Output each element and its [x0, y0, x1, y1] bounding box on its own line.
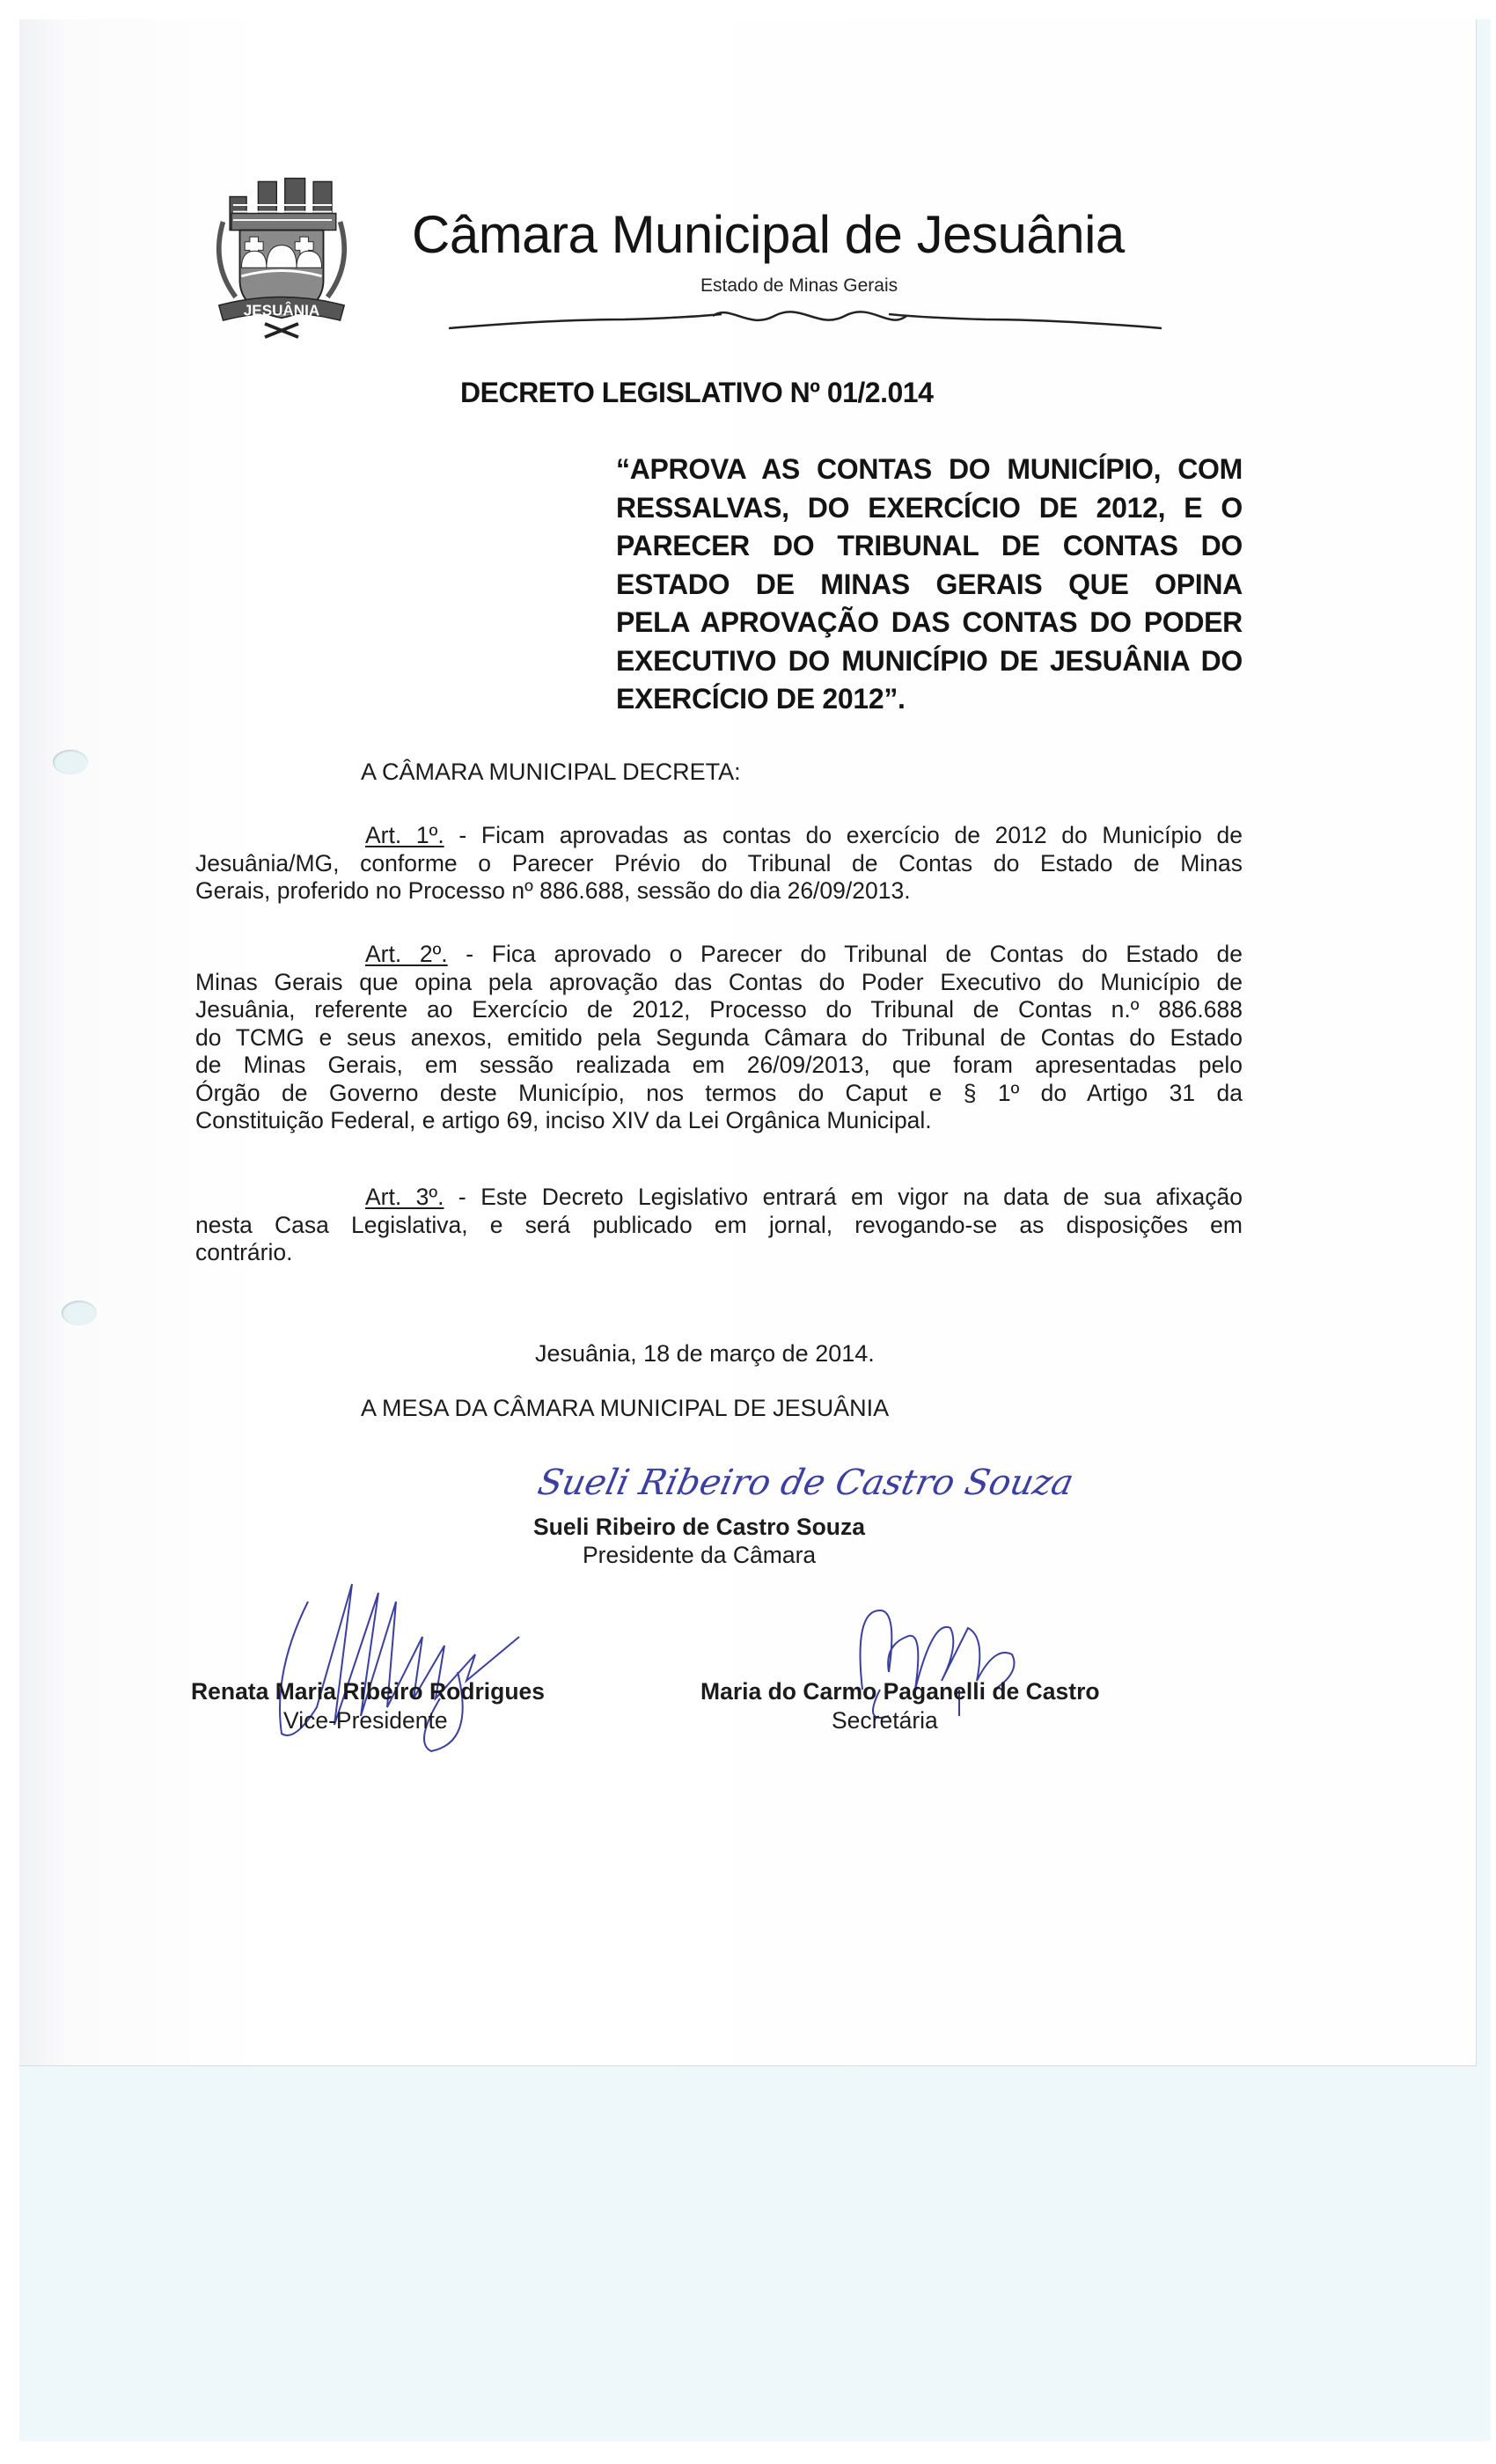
- summary-line: “APROVA AS CONTAS DO MUNICÍPIO, COM: [616, 451, 1243, 489]
- article-label: Art. 2º.: [365, 941, 448, 967]
- preamble: A CÂMARA MUNICIPAL DECRETA:: [361, 759, 741, 786]
- summary-line: EXERCÍCIO DE 2012”.: [616, 680, 1243, 719]
- decree-summary: “APROVA AS CONTAS DO MUNICÍPIO, COM RESS…: [616, 451, 1243, 719]
- signatory-name: Maria do Carmo Paganelli de Castro: [700, 1678, 1100, 1705]
- article-text: - Fica aprovado o Parecer do Tribunal de…: [448, 941, 1243, 967]
- summary-line: PELA APROVAÇÃO DAS CONTAS DO PODER: [616, 604, 1243, 642]
- svg-text:JESUÂNIA: JESUÂNIA: [244, 302, 319, 319]
- article-text: do TCMG e seus anexos, emitido pela Segu…: [195, 1024, 1243, 1052]
- summary-line: PARECER DO TRIBUNAL DE CONTAS DO: [616, 527, 1243, 566]
- article-text: de Minas Gerais, em sessão realizada em …: [195, 1052, 1243, 1080]
- article-text: Minas Gerais que opina pela aprovação da…: [195, 969, 1243, 997]
- mesa-heading: A MESA DA CÂMARA MUNICIPAL DE JESUÂNIA: [361, 1395, 889, 1422]
- signatory-role: Vice-Presidente: [283, 1707, 448, 1734]
- summary-line: EXECUTIVO DO MUNICÍPIO DE JESUÂNIA DO: [616, 642, 1243, 681]
- signatory-role: Secretária: [832, 1707, 938, 1734]
- article-text: Órgão de Governo deste Município, nos te…: [195, 1080, 1243, 1108]
- date-line: Jesuânia, 18 de março de 2014.: [535, 1340, 875, 1368]
- signatory-name: Sueli Ribeiro de Castro Souza: [533, 1514, 865, 1541]
- summary-line: RESSALVAS, DO EXERCÍCIO DE 2012, E O: [616, 489, 1243, 528]
- punch-hole: [53, 750, 88, 774]
- article-3: Art. 3º. - Este Decreto Legislativo entr…: [195, 1184, 1243, 1267]
- article-text: Gerais, proferido no Processo nº 886.688…: [195, 877, 1243, 906]
- signatory-name: Renata Maria Ribeiro Rodrigues: [191, 1678, 545, 1705]
- article-text: - Ficam aprovadas as contas do exercício…: [444, 822, 1243, 848]
- ornamental-divider-icon: [449, 304, 1162, 339]
- article-text: nesta Casa Legislativa, e será publicado…: [195, 1212, 1243, 1240]
- article-1: Art. 1º. - Ficam aprovadas as contas do …: [195, 822, 1243, 906]
- letterhead-subtitle: Estado de Minas Gerais: [700, 275, 898, 297]
- signatory-role: Presidente da Câmara: [583, 1542, 816, 1569]
- coat-of-arms-icon: JESUÂNIA: [198, 172, 365, 339]
- letterhead-title: Câmara Municipal de Jesuânia: [412, 204, 1125, 265]
- article-text: Jesuânia/MG, conforme o Parecer Prévio d…: [195, 850, 1243, 878]
- punch-hole: [62, 1301, 97, 1325]
- article-text: - Este Decreto Legislativo entrará em vi…: [444, 1184, 1243, 1210]
- summary-line: ESTADO DE MINAS GERAIS QUE OPINA: [616, 566, 1243, 605]
- article-2: Art. 2º. - Fica aprovado o Parecer do Tr…: [195, 941, 1243, 1135]
- decree-number: DECRETO LEGISLATIVO Nº 01/2.014: [460, 377, 933, 409]
- article-text: contrário.: [195, 1239, 1243, 1267]
- article-label: Art. 3º.: [365, 1184, 444, 1210]
- article-text: Constituição Federal, e artigo 69, incis…: [195, 1107, 1243, 1135]
- article-text: Jesuânia, referente ao Exercício de 2012…: [195, 996, 1243, 1024]
- article-label: Art. 1º.: [365, 822, 444, 848]
